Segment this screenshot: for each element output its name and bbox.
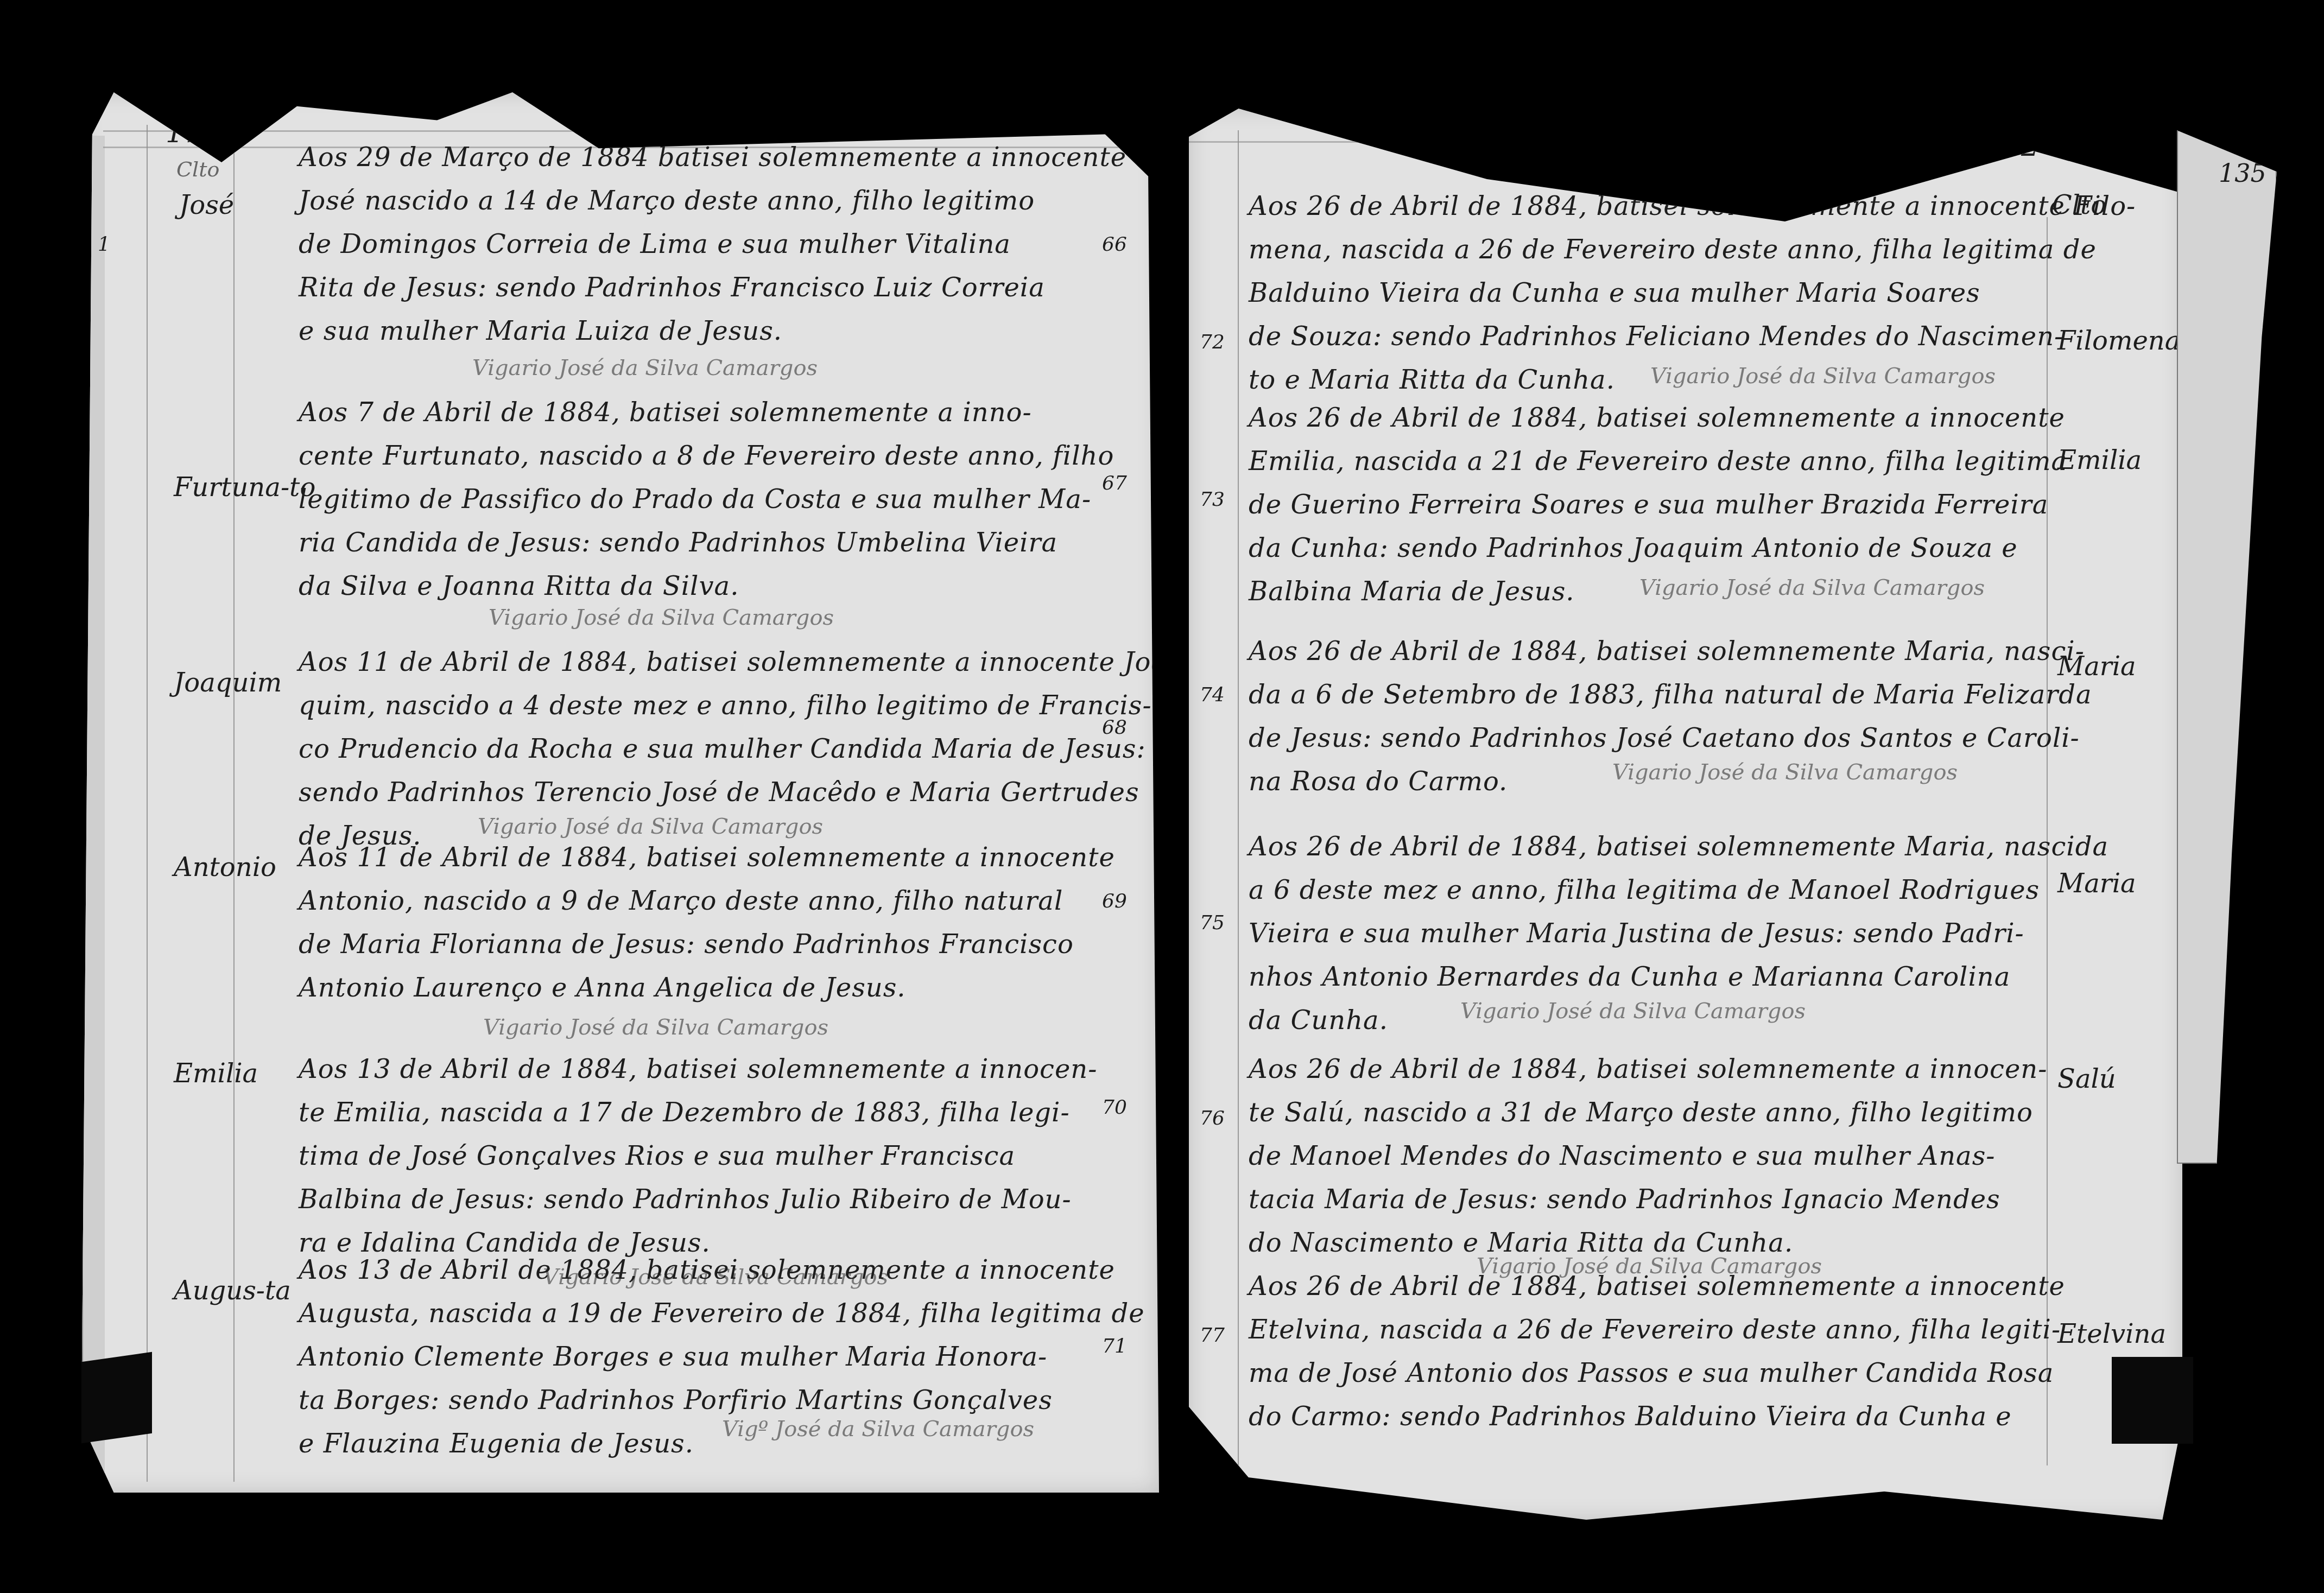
record-number: 70: [1102, 1096, 1127, 1119]
priest-signature: Vigario José da Silva Camargos: [1650, 364, 1996, 389]
margin-name: Salú: [2057, 1064, 2116, 1094]
priest-signature: Vigario José da Silva Camargos: [483, 1015, 828, 1040]
page-fold-line: [103, 130, 1135, 132]
right-page: 92 Clto Filomena 72 Aos 26 de Abril de 1…: [1189, 109, 2182, 1520]
margin-name: Augus-ta: [174, 1275, 291, 1306]
baptism-entry: Aos 11 de Abril de 1884, batisei solemne…: [299, 836, 1115, 1010]
baptism-entry: Aos 29 de Março de 1884 batisei solemnem…: [299, 136, 1126, 353]
margin-name: Etelvina: [2057, 1319, 2166, 1349]
record-number: 72: [1200, 331, 1225, 353]
baptism-entry: Aos 26 de Abril de 1884, batisei solemne…: [1249, 1265, 2065, 1438]
margin-number: 1: [98, 233, 110, 256]
record-number: 77: [1200, 1324, 1225, 1347]
baptism-entry: Aos 7 de Abril de 1884, batisei solemnem…: [299, 391, 1114, 608]
priest-signature: Vigario José da Silva Camargos: [1612, 760, 1958, 785]
record-number: 76: [1200, 1107, 1225, 1129]
margin-name: José: [179, 190, 234, 220]
page-number: 92: [2003, 130, 2039, 163]
margin-name: Emilia: [174, 1058, 258, 1089]
margin-rule: [1238, 130, 1239, 1487]
margin-name: Emilia: [2057, 445, 2142, 475]
margin-name: Furtuna-to: [174, 472, 315, 503]
priest-signature: Vigario José da Silva Camargos: [472, 356, 818, 380]
record-number: 74: [1200, 684, 1225, 706]
margin-name: Antonio: [174, 852, 276, 883]
record-number: 73: [1200, 488, 1225, 511]
next-leaf-number: 135: [2219, 158, 2266, 188]
record-number: 75: [1200, 912, 1225, 934]
book-clip: [81, 1352, 152, 1443]
page-stack-edge: [81, 136, 105, 1493]
priest-signature: Vigario José da Silva Camargos: [1460, 999, 1806, 1024]
priest-signature: Vigario José da Silva Camargos: [1639, 575, 1985, 600]
baptism-entry: Aos 13 de Abril de 1884, batisei solemne…: [299, 1048, 1097, 1265]
priest-signature: Vigº José da Silva Camargos: [722, 1417, 1034, 1442]
next-leaf-edge: 135: [2177, 130, 2277, 1164]
page-mark: 17: [166, 117, 201, 149]
baptism-entry: Aos 26 de Abril de 1884, batisei solemne…: [1249, 1048, 2047, 1265]
book-clip: [2112, 1357, 2193, 1444]
margin-name: Joaquim: [174, 668, 282, 698]
margin-top-note: Clto: [176, 157, 219, 181]
margin-rule: [147, 125, 148, 1482]
left-page: 17 Clto José 1 66 Aos 29 de Março de 188…: [81, 92, 1159, 1493]
priest-signature: Vigario José da Silva Camargos: [489, 605, 834, 630]
page-fold-line: [1189, 141, 2182, 143]
